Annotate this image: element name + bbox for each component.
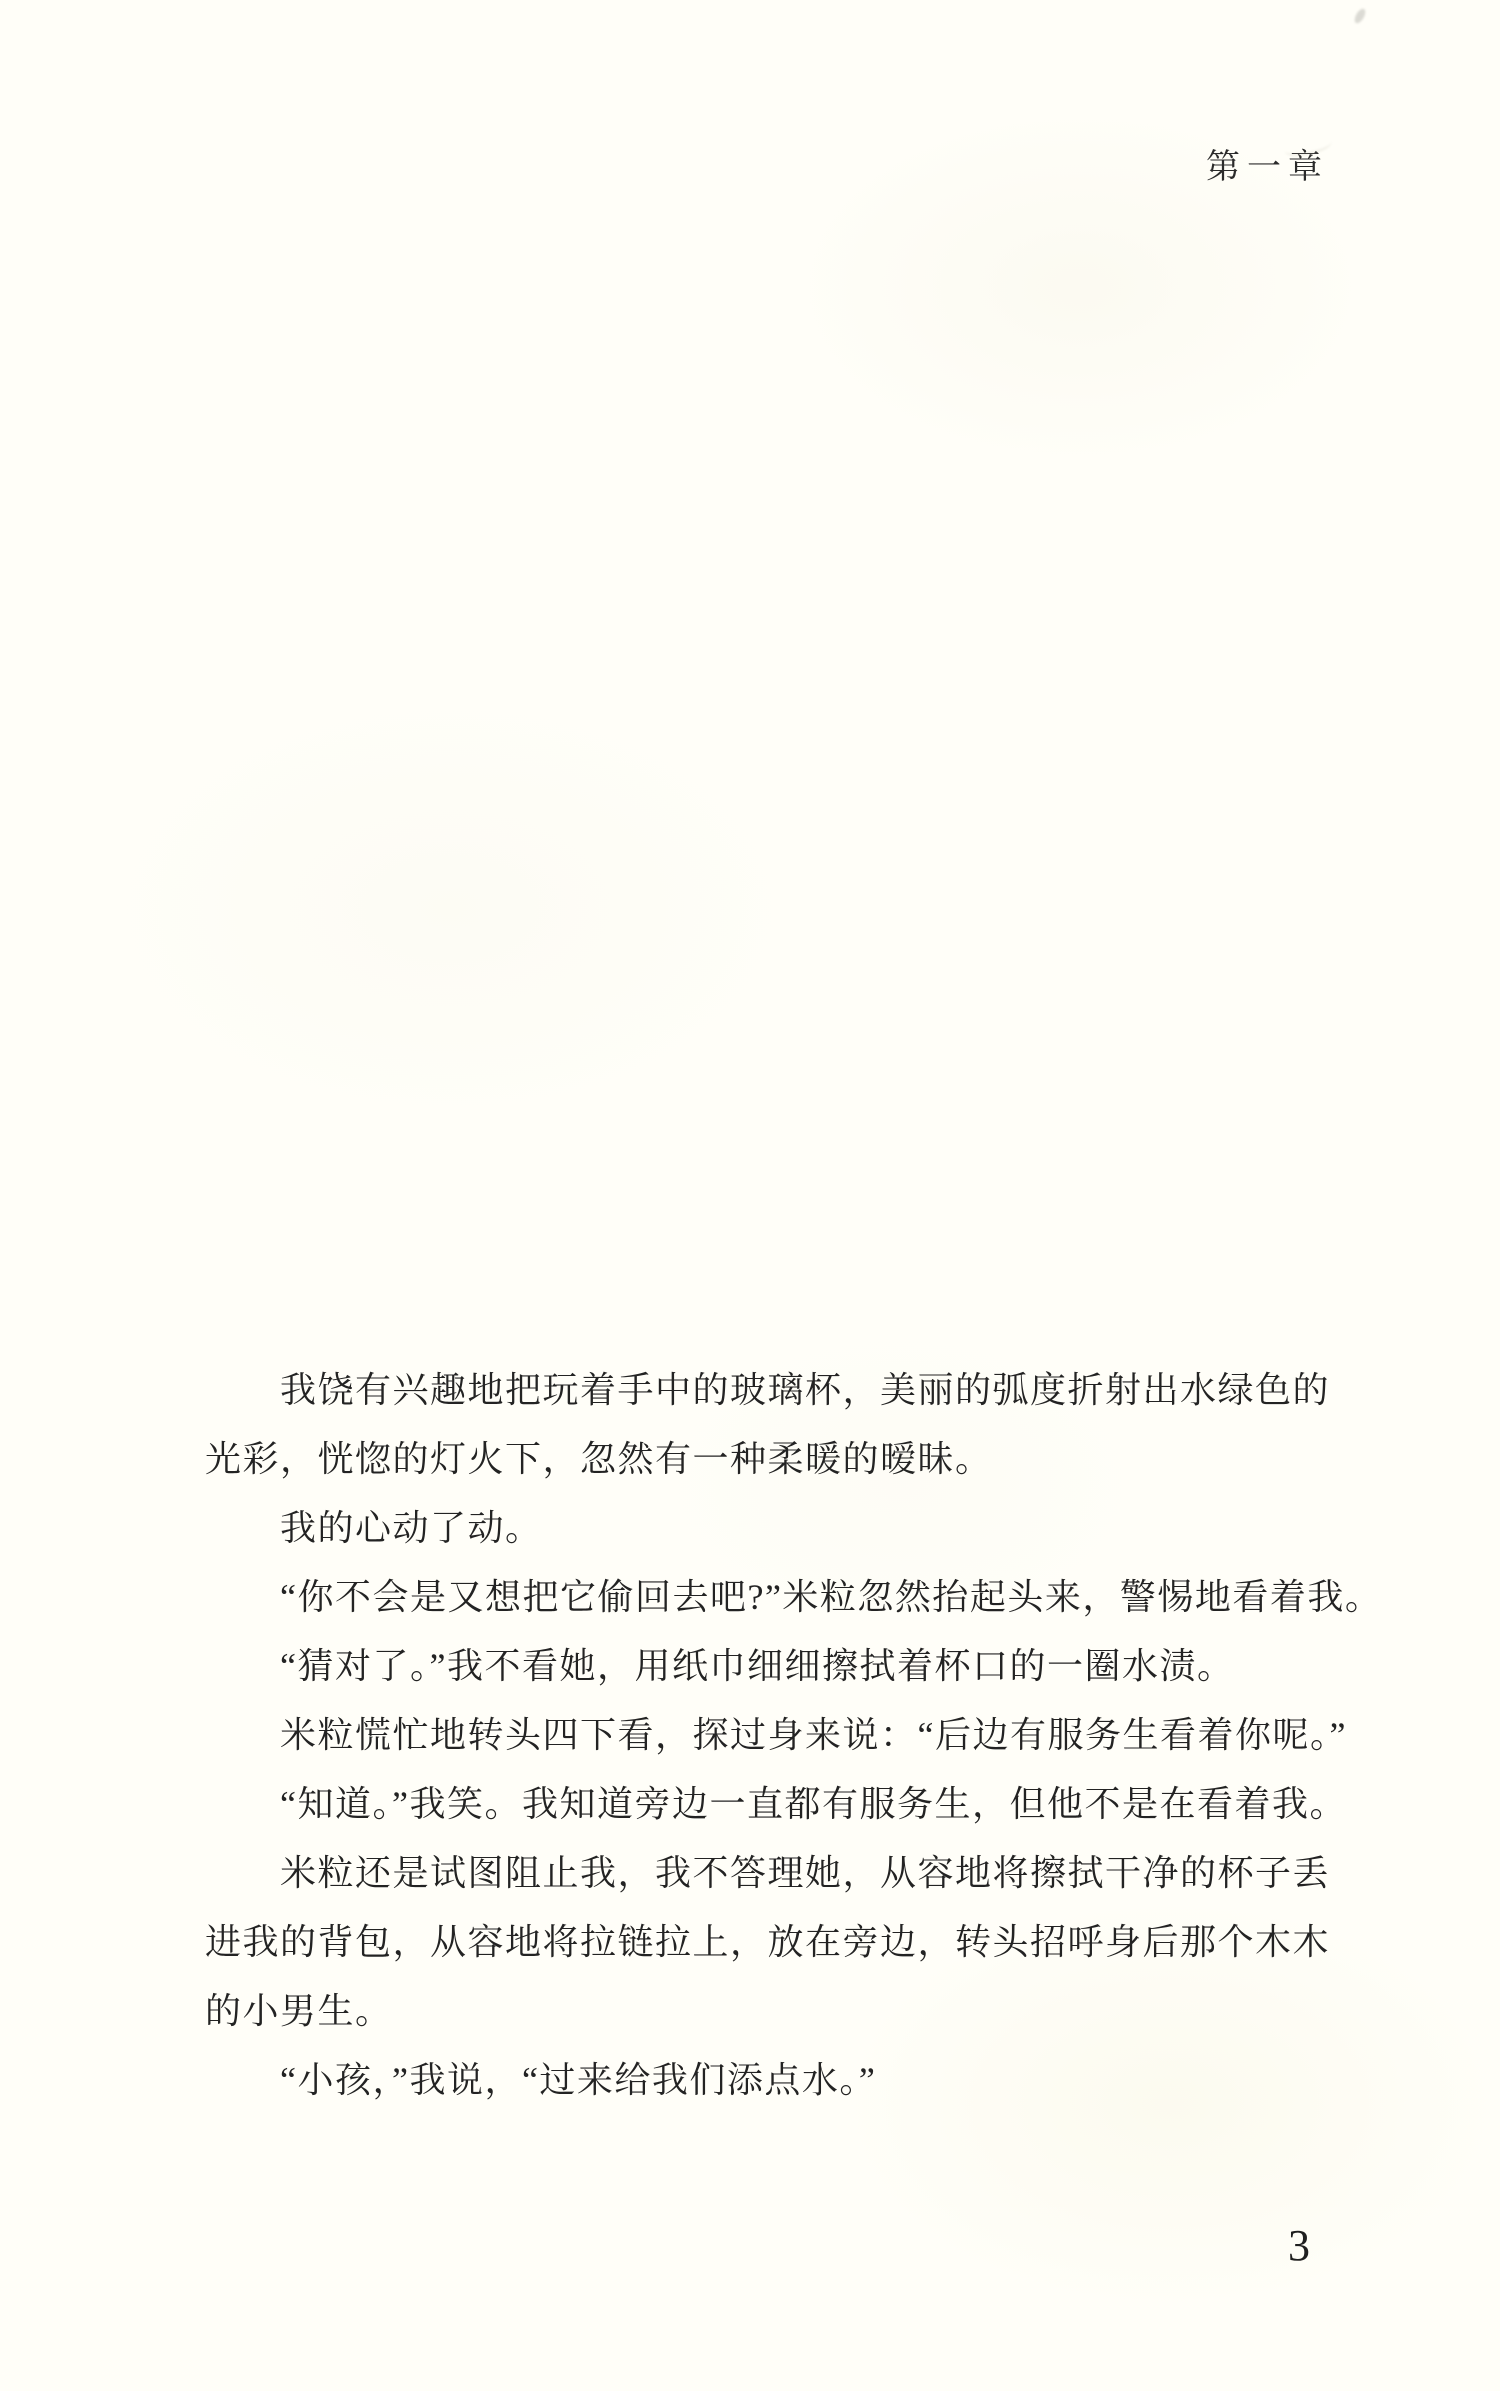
body-text-line: 光彩，恍惚的灯火下，忽然有一种柔暖的暧昧。: [205, 1425, 1345, 1494]
body-text-line: “知道。”我笑。我知道旁边一直都有服务生，但他不是在看着我。: [205, 1770, 1345, 1839]
body-text-block: 我饶有兴趣地把玩着手中的玻璃杯，美丽的弧度折射出水绿色的 光彩，恍惚的灯火下，忽…: [205, 1356, 1345, 2115]
body-text-line: 的小男生。: [205, 1977, 1345, 2046]
body-text-line: 进我的背包，从容地将拉链拉上，放在旁边，转头招呼身后那个木木: [205, 1908, 1345, 1977]
page-number: 3: [1288, 2220, 1310, 2271]
scan-speck: [1353, 7, 1368, 25]
body-text-line: 我饶有兴趣地把玩着手中的玻璃杯，美丽的弧度折射出水绿色的: [205, 1356, 1345, 1425]
book-page: 第一章 我饶有兴趣地把玩着手中的玻璃杯，美丽的弧度折射出水绿色的 光彩，恍惚的灯…: [0, 0, 1500, 2391]
body-text-line: “你不会是又想把它偷回去吧?”米粒忽然抬起头来，警惕地看着我。: [205, 1563, 1345, 1632]
body-text-line: 米粒慌忙地转头四下看，探过身来说：“后边有服务生看着你呢。”: [205, 1701, 1345, 1770]
body-text-line: “小孩，”我说，“过来给我们添点水。”: [205, 2046, 1345, 2115]
body-text-line: “猜对了。”我不看她，用纸巾细细擦拭着杯口的一圈水渍。: [205, 1632, 1345, 1701]
body-text-line: 米粒还是试图阻止我，我不答理她，从容地将擦拭干净的杯子丢: [205, 1839, 1345, 1908]
body-text-line: 我的心动了动。: [205, 1494, 1345, 1563]
